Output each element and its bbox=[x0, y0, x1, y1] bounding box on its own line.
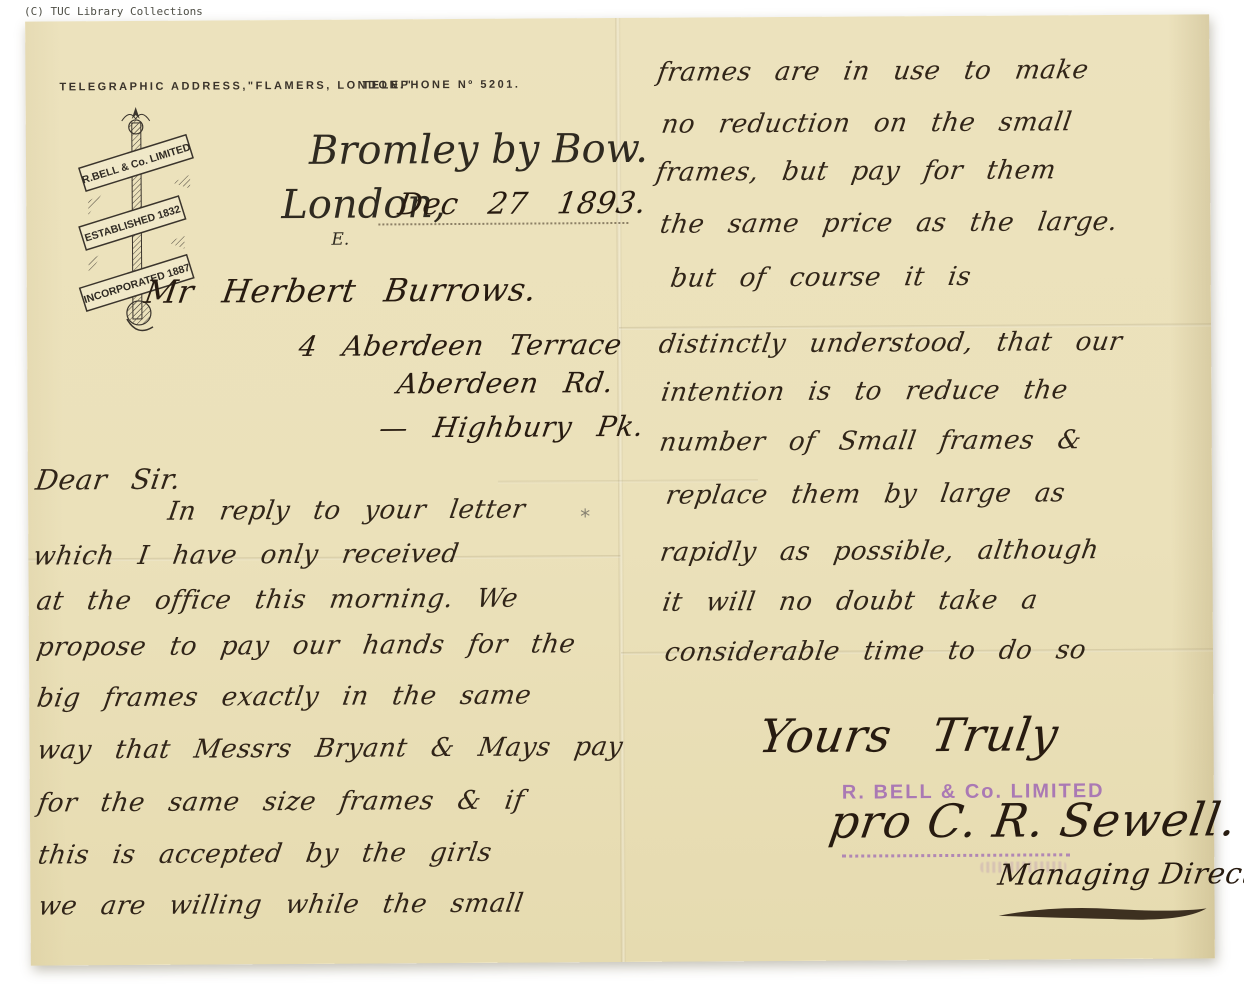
pencil-star-mark: * bbox=[580, 504, 590, 528]
telegraphic-address: TELEGRAPHIC ADDRESS,"FLAMERS, LONDON." bbox=[59, 79, 413, 93]
recipient-name: Mr Herbert Burrows. bbox=[142, 270, 539, 310]
letter-line: In reply to your letter bbox=[166, 495, 528, 527]
letter-line: propose to pay our hands for the bbox=[35, 629, 578, 662]
letter-line: way that Messrs Bryant & Mays pay bbox=[35, 732, 625, 766]
letter-line: considerable time to do so bbox=[663, 635, 1089, 668]
signatory-title: Managing Director bbox=[996, 856, 1244, 892]
letter-line: which I have only received bbox=[31, 539, 461, 572]
recipient-address-3: — Highbury Pk. bbox=[377, 410, 646, 445]
recipient-address-2: Aberdeen Rd. bbox=[395, 366, 616, 400]
letter-line: distinctly understood, that our bbox=[657, 327, 1125, 360]
letter-line: no reduction on the small bbox=[659, 107, 1074, 140]
letter-line: big frames exactly in the same bbox=[35, 681, 534, 714]
signature: pro C. R. Sewell. bbox=[826, 792, 1241, 849]
letter-line: replace them by large as bbox=[664, 478, 1068, 510]
letterhead-district: E. bbox=[331, 230, 349, 250]
letter-line: frames are in use to make bbox=[655, 55, 1091, 88]
letter-sheet: TELEGRAPHIC ADDRESS,"FLAMERS, LONDON." T… bbox=[25, 14, 1215, 965]
letter-line: we are willing while the small bbox=[36, 889, 525, 922]
recipient-address-1: 4 Aberdeen Terrace bbox=[297, 328, 625, 363]
handwritten-date: Dec 27 1893. bbox=[396, 186, 649, 223]
letter-line: but of course it is bbox=[668, 262, 973, 294]
letter-line: rapidly as possible, although bbox=[658, 535, 1101, 568]
letter-line: at the office this morning. We bbox=[34, 584, 520, 617]
signature-flourish-underline bbox=[993, 900, 1213, 927]
valediction: Yours Truly bbox=[755, 707, 1062, 763]
letter-line: the same price as the large. bbox=[658, 207, 1120, 240]
finial-icon bbox=[132, 107, 140, 119]
letter-line: number of Small frames & bbox=[657, 425, 1083, 458]
salutation: Dear Sir. bbox=[33, 463, 183, 497]
telephone-number: TELEPHONE Nº 5201. bbox=[362, 79, 520, 92]
letter-line: it will no doubt take a bbox=[660, 585, 1039, 617]
letterhead-place-line1: Bromley by Bow. bbox=[309, 126, 648, 174]
letter-line: for the same size frames & if bbox=[36, 786, 527, 819]
letter-line: frames, but pay for them bbox=[654, 155, 1058, 187]
letter-line: this is accepted by the girls bbox=[36, 838, 494, 871]
letter-line: intention is to reduce the bbox=[659, 375, 1070, 408]
archive-watermark: (C) TUC Library Collections bbox=[24, 5, 203, 18]
stamp-ruled-line bbox=[842, 843, 1070, 857]
